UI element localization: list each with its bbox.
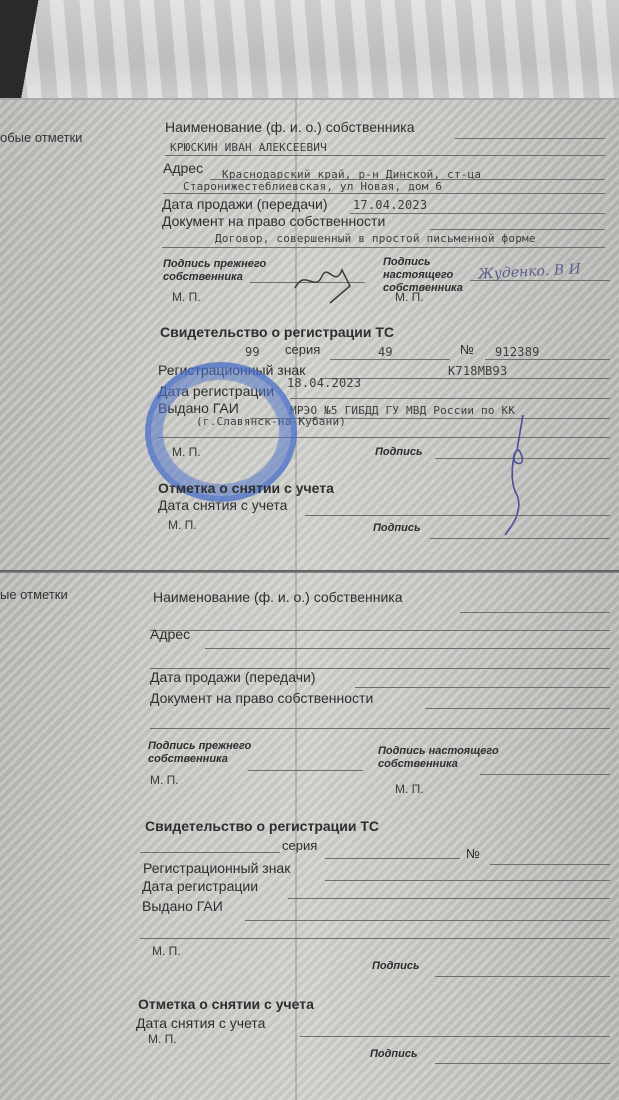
deregistration-date-label: Дата снятия с учета [158,497,287,513]
underline [140,938,610,939]
reg-date-label: Дата регистрации [142,878,258,894]
series-label: серия [285,342,320,357]
side-label: обые отметки [0,130,82,145]
prev-owner-signature-label: Подпись прежнего собственника [148,740,258,766]
cert-prefix-field [140,852,280,853]
number-value: 912389 [495,345,540,359]
issued-by-field [245,920,610,921]
underline [350,213,605,214]
sale-date-label: Дата продажи (передачи) [162,196,327,212]
certificate-title: Свидетельство о регистрации ТС [145,818,379,834]
signature-line [430,538,610,539]
owner-name-label: Наименование (ф. и. о.) собственника [153,589,403,605]
reg-plate-label: Регистрационный знак [143,860,290,876]
mp-stamp-place: М. П. [152,944,181,958]
signature-line [435,1063,610,1064]
number-label: № [466,846,480,861]
underline [330,359,450,360]
number-field [490,864,610,865]
mp-stamp-place: М. П. [395,782,424,796]
owner-name-label: Наименование (ф. и. о.) собственника [165,119,415,135]
underline [485,359,610,360]
ownership-doc-field [425,708,610,709]
curr-owner-signature-label: Подпись настоящего собственника [378,745,538,771]
cert-prefix: 99 [245,345,260,359]
underline [320,378,610,379]
ownership-doc-label: Документ на право собственности [162,213,385,229]
ownership-doc-value: Договор, совершенный в простой письменно… [215,232,536,245]
signature-label: Подпись [373,522,421,535]
mp-stamp-place: М. П. [172,290,201,304]
underline [305,515,610,516]
address-label: Адрес [150,626,190,642]
signature-label: Подпись [372,960,420,973]
reg-date-value: 18.04.2023 [287,376,361,390]
mp-stamp-place: М. П. [168,518,197,532]
sale-date-value: 17.04.2023 [353,198,427,212]
signature-line [248,770,363,771]
side-label: ые отметки [0,587,68,602]
underline [165,155,605,156]
series-label: серия [282,838,317,853]
underline [290,398,610,399]
mp-stamp-place: М. П. [150,773,179,787]
signature-line [435,976,610,977]
signature-label: Подпись [375,446,423,459]
sale-date-field [355,687,610,688]
sale-date-label: Дата продажи (передачи) [150,669,315,685]
deregistration-title: Отметка о снятии с учета [138,996,314,1012]
underline [150,630,610,631]
series-field [325,858,460,859]
deregistration-title: Отметка о снятии с учета [158,480,334,496]
address-line-2: Старонижестеблиевская, ул Новая, дом 6 [183,180,442,193]
reg-date-field [288,898,610,899]
mp-stamp-place: М. П. [148,1032,177,1046]
deregistration-date-label: Дата снятия с учета [136,1015,265,1031]
ownership-doc-label: Документ на право собственности [150,690,373,706]
owner-name-field [460,612,610,613]
mp-stamp-place: М. П. [395,290,424,304]
underline [150,728,610,729]
underline [163,193,605,194]
underline [430,229,605,230]
reg-plate-field [325,880,610,881]
certificate-title: Свидетельство о регистрации ТС [160,324,394,340]
underline [455,138,605,139]
prev-owner-signature [290,258,360,308]
reg-plate-value: К718МВ93 [448,364,507,378]
address-label: Адрес [163,160,203,176]
issued-by-label: Выдано ГАИ [142,898,223,914]
signature-label: Подпись [370,1048,418,1061]
owner-name-value: КРЮСКИН ИВАН АЛЕКСЕЕВИЧ [170,141,327,154]
underline [162,247,605,248]
series-value: 49 [378,345,393,359]
deregistration-date-field [300,1036,610,1037]
number-label: № [460,342,474,357]
signature-line [480,774,610,775]
fold-crease-horizontal [0,570,619,573]
official-signature [495,410,545,540]
prev-owner-signature-label: Подпись прежнего собственника [163,258,273,284]
address-field [205,648,610,649]
